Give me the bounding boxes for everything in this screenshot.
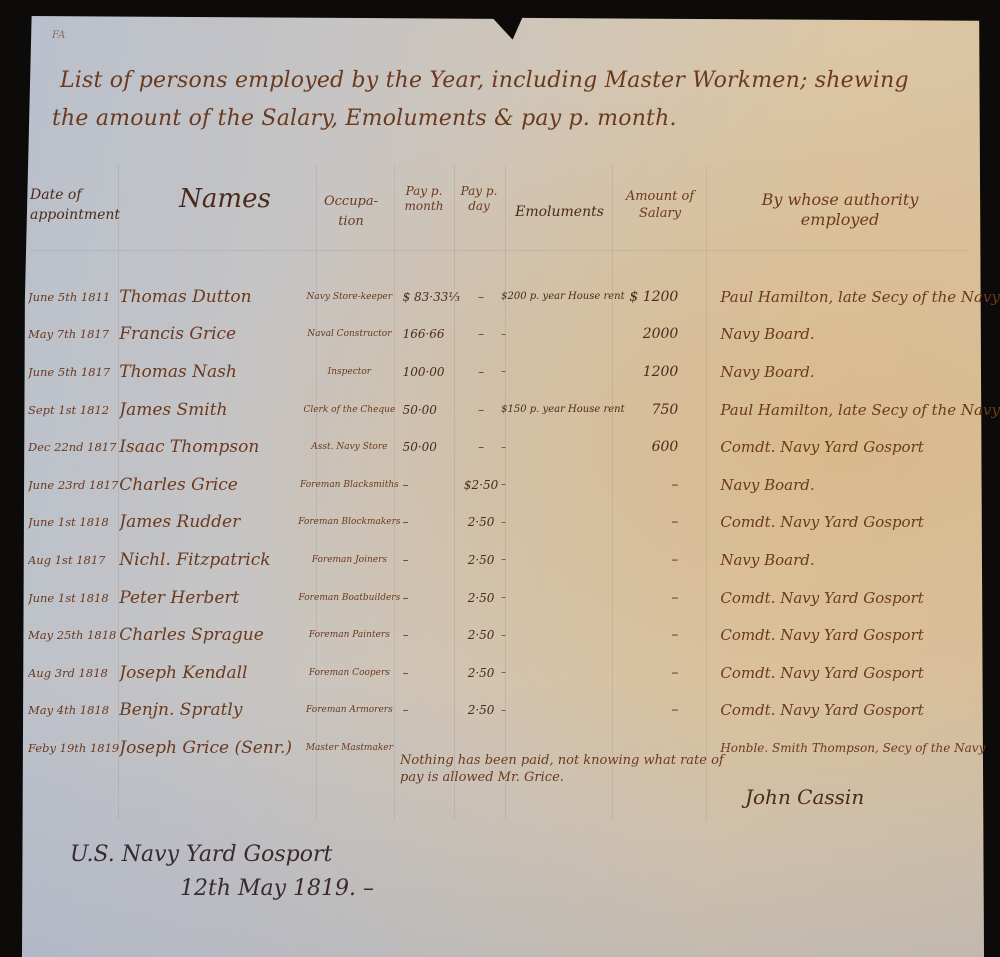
authority: Comdt. Navy Yard Gosport xyxy=(698,654,1000,692)
salary: 750 xyxy=(625,391,699,429)
table-row: May 7th 1817 Francis Grice Naval Constru… xyxy=(28,316,1000,354)
emoluments: – xyxy=(501,466,624,504)
table-row: Aug 1st 1817 Nichl. Fitzpatrick Foreman … xyxy=(28,541,1000,579)
salary: – xyxy=(625,466,699,504)
appointment-date: Sept 1st 1812 xyxy=(28,391,119,429)
pay-per-day: 2·50 xyxy=(461,654,501,692)
pay-per-day: 2·50 xyxy=(461,616,501,654)
emoluments: – xyxy=(501,654,624,692)
pay-per-day: 2·50 xyxy=(461,692,501,730)
appointment-date: June 5th 1817 xyxy=(28,353,119,391)
authority: Comdt. Navy Yard Gosport xyxy=(698,428,1000,466)
authority: Comdt. Navy Yard Gosport xyxy=(698,692,1000,730)
title-line-2: the amount of the Salary, Emoluments & p… xyxy=(52,100,960,138)
table-row: June 23rd 1817 Charles Grice Foreman Bla… xyxy=(28,466,1000,504)
pay-per-month: 50·00 xyxy=(401,391,461,429)
salary: – xyxy=(625,616,699,654)
salary: $ 1200 xyxy=(625,278,699,316)
signature: John Cassin xyxy=(745,785,864,809)
header-date: Date of appointment xyxy=(30,185,130,225)
document-title: List of persons employed by the Year, in… xyxy=(60,62,960,138)
pay-per-day: – xyxy=(461,353,501,391)
occupation: Foreman Blacksmiths xyxy=(298,466,400,504)
emoluments: $200 p. year House rent xyxy=(501,278,624,316)
pay-per-month: – xyxy=(401,692,461,730)
table-row: June 5th 1817 Thomas Nash Inspector 100·… xyxy=(28,353,1000,391)
employee-name: Peter Herbert xyxy=(119,579,298,617)
authority: Navy Board. xyxy=(698,541,1000,579)
emoluments: – xyxy=(501,541,624,579)
salary: – xyxy=(625,692,699,730)
appointment-date: Dec 22nd 1817 xyxy=(28,428,119,466)
emoluments: – xyxy=(501,616,624,654)
header-emoluments: Emoluments xyxy=(507,205,612,219)
emoluments: – xyxy=(501,692,624,730)
employee-name: James Rudder xyxy=(119,504,298,542)
table-row: Sept 1st 1812 James Smith Clerk of the C… xyxy=(28,391,1000,429)
pay-per-month: 166·66 xyxy=(401,316,461,354)
pay-per-month: – xyxy=(401,579,461,617)
authority: Comdt. Navy Yard Gosport xyxy=(698,579,1000,617)
emoluments: – xyxy=(501,353,624,391)
footer-place: U.S. Navy Yard Gosport xyxy=(70,838,374,872)
employee-name: Joseph Grice (Senr.) xyxy=(119,729,298,767)
occupation: Foreman Coopers xyxy=(298,654,400,692)
header-names: Names xyxy=(150,192,300,206)
appointment-date: May 7th 1817 xyxy=(28,316,119,354)
table-row: May 4th 1818 Benjn. Spratly Foreman Armo… xyxy=(28,692,1000,730)
emoluments: – xyxy=(501,579,624,617)
emoluments: $150 p. year House rent xyxy=(501,391,624,429)
employee-name: Joseph Kendall xyxy=(119,654,298,692)
table-row: Aug 3rd 1818 Joseph Kendall Foreman Coop… xyxy=(28,654,1000,692)
appointment-date: June 23rd 1817 xyxy=(28,466,119,504)
appointment-date: May 25th 1818 xyxy=(28,616,119,654)
document-footer: U.S. Navy Yard Gosport 12th May 1819. – xyxy=(70,838,374,906)
occupation: Master Mastmaker xyxy=(298,729,400,767)
salary: – xyxy=(625,504,699,542)
appointment-date: Aug 3rd 1818 xyxy=(28,654,119,692)
salary: – xyxy=(625,579,699,617)
ledger-table: June 5th 1811 Thomas Dutton Navy Store-k… xyxy=(28,278,1000,767)
occupation: Naval Constructor xyxy=(298,316,400,354)
pay-per-day: – xyxy=(461,316,501,354)
pay-per-day: – xyxy=(461,278,501,316)
pay-per-month: – xyxy=(401,541,461,579)
authority: Paul Hamilton, late Secy of the Navy xyxy=(698,278,1000,316)
pay-per-day: – xyxy=(461,428,501,466)
salary: 600 xyxy=(625,428,699,466)
employee-name: Thomas Dutton xyxy=(119,278,298,316)
pay-per-day: 2·50 xyxy=(461,579,501,617)
employee-name: Thomas Nash xyxy=(119,353,298,391)
employee-name: Charles Sprague xyxy=(119,616,298,654)
header-occupation: Occupa-tion xyxy=(320,192,382,232)
appointment-date: June 5th 1811 xyxy=(28,278,119,316)
occupation: Foreman Blockmakers xyxy=(298,504,400,542)
employee-name: James Smith xyxy=(119,391,298,429)
employee-name: Charles Grice xyxy=(119,466,298,504)
header-salary: Amount of Salary xyxy=(614,188,706,222)
pay-per-day: $2·50 xyxy=(461,466,501,504)
salary: 1200 xyxy=(625,353,699,391)
table-row: June 5th 1811 Thomas Dutton Navy Store-k… xyxy=(28,278,1000,316)
occupation: Asst. Navy Store xyxy=(298,428,400,466)
header-pay-day: Pay p. day xyxy=(456,184,502,214)
salary: 2000 xyxy=(625,316,699,354)
pay-per-month: – xyxy=(401,466,461,504)
pay-per-month: – xyxy=(401,616,461,654)
authority: Comdt. Navy Yard Gosport xyxy=(698,504,1000,542)
corner-mark: FA xyxy=(52,30,65,41)
table-row: June 1st 1818 Peter Herbert Foreman Boat… xyxy=(28,579,1000,617)
appointment-date: June 1st 1818 xyxy=(28,579,119,617)
authority: Navy Board. xyxy=(698,353,1000,391)
employee-name: Isaac Thompson xyxy=(119,428,298,466)
occupation: Clerk of the Cheque xyxy=(298,391,400,429)
pay-per-month: 50·00 xyxy=(401,428,461,466)
occupation: Foreman Boatbuilders xyxy=(298,579,400,617)
header-rule xyxy=(30,250,970,251)
emoluments: – xyxy=(501,428,624,466)
authority: Navy Board. xyxy=(698,466,1000,504)
emoluments: – xyxy=(501,504,624,542)
pay-per-day: – xyxy=(461,391,501,429)
pay-per-month: 100·00 xyxy=(401,353,461,391)
authority: Navy Board. xyxy=(698,316,1000,354)
title-line-1: List of persons employed by the Year, in… xyxy=(60,62,960,100)
footer-date: 12th May 1819. – xyxy=(70,872,374,906)
employee-name: Francis Grice xyxy=(119,316,298,354)
salary: – xyxy=(625,541,699,579)
appointment-date: Aug 1st 1817 xyxy=(28,541,119,579)
appointment-date: May 4th 1818 xyxy=(28,692,119,730)
authority: Comdt. Navy Yard Gosport xyxy=(698,616,1000,654)
table-row: Dec 22nd 1817 Isaac Thompson Asst. Navy … xyxy=(28,428,1000,466)
authority: Honble. Smith Thompson, Secy of the Navy xyxy=(698,729,1000,767)
header-pay-month: Pay p. month xyxy=(396,184,452,214)
employee-name: Benjn. Spratly xyxy=(119,692,298,730)
pay-per-month: $ 83·33⅓ xyxy=(401,278,461,316)
occupation: Inspector xyxy=(298,353,400,391)
salary: – xyxy=(625,654,699,692)
occupation: Foreman Armorers xyxy=(298,692,400,730)
last-row-note: Nothing has been paid, not knowing what … xyxy=(400,752,730,786)
pay-per-month: – xyxy=(401,654,461,692)
table-row: May 25th 1818 Charles Sprague Foreman Pa… xyxy=(28,616,1000,654)
appointment-date: Feby 19th 1819 xyxy=(28,729,119,767)
pay-per-day: 2·50 xyxy=(461,504,501,542)
occupation: Foreman Joiners xyxy=(298,541,400,579)
pay-per-day: 2·50 xyxy=(461,541,501,579)
pay-per-month: – xyxy=(401,504,461,542)
table-row: June 1st 1818 James Rudder Foreman Block… xyxy=(28,504,1000,542)
authority: Paul Hamilton, late Secy of the Navy xyxy=(698,391,1000,429)
employee-name: Nichl. Fitzpatrick xyxy=(119,541,298,579)
appointment-date: June 1st 1818 xyxy=(28,504,119,542)
occupation: Foreman Painters xyxy=(298,616,400,654)
occupation: Navy Store-keeper xyxy=(298,278,400,316)
header-authority: By whose authority employed xyxy=(735,190,945,230)
emoluments: – xyxy=(501,316,624,354)
